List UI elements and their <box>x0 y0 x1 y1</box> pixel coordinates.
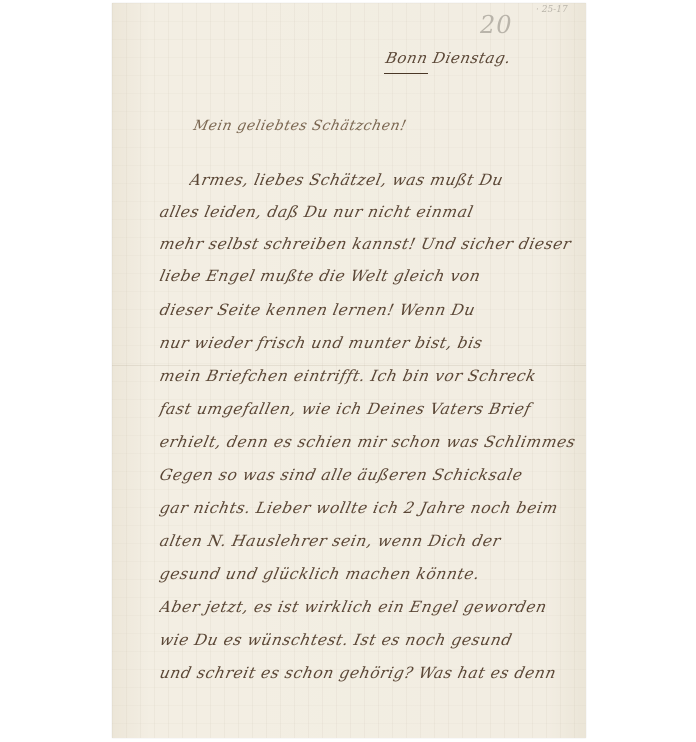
folio-number: 20 <box>480 11 513 39</box>
body-line: und schreit es schon gehörig? Was hat es… <box>158 664 582 682</box>
body-line: gar nichts. Lieber wollte ich 2 Jahre no… <box>158 499 582 517</box>
salutation: Mein geliebtes Schätzchen! <box>192 118 408 134</box>
body-line: erhielt, denn es schien mir schon was Sc… <box>158 433 582 451</box>
body-line: mehr selbst schreiben kannst! Und sicher… <box>158 235 582 253</box>
paper-fold-crease <box>112 365 586 366</box>
archive-mark: · 25-17 <box>536 5 568 15</box>
body-line: Aber jetzt, es ist wirklich ein Engel ge… <box>158 598 582 616</box>
body-line: alten N. Hauslehrer sein, wenn Dich der <box>158 532 582 550</box>
body-line: nur wieder frisch und munter bist, bis <box>158 334 582 352</box>
place-date-heading: Bonn Dienstag. <box>384 49 513 67</box>
letter-page: · 25-17 20 Bonn Dienstag. Mein geliebtes… <box>112 3 586 738</box>
body-line: liebe Engel mußte die Welt gleich von <box>158 267 582 285</box>
place-underline <box>384 73 428 74</box>
body-line: gesund und glücklich machen könnte. <box>158 565 582 583</box>
body-line: wie Du es wünschtest. Ist es noch gesund <box>158 631 582 649</box>
body-line: Gegen so was sind alle äußeren Schicksal… <box>158 466 582 484</box>
body-line: dieser Seite kennen lernen! Wenn Du <box>158 301 582 319</box>
body-line: Armes, liebes Schätzel, was mußt Du <box>188 171 582 189</box>
body-line: mein Briefchen eintrifft. Ich bin vor Sc… <box>158 367 582 385</box>
body-line: fast umgefallen, wie ich Deines Vaters B… <box>158 400 582 418</box>
body-line: alles leiden, daß Du nur nicht einmal <box>158 203 582 221</box>
